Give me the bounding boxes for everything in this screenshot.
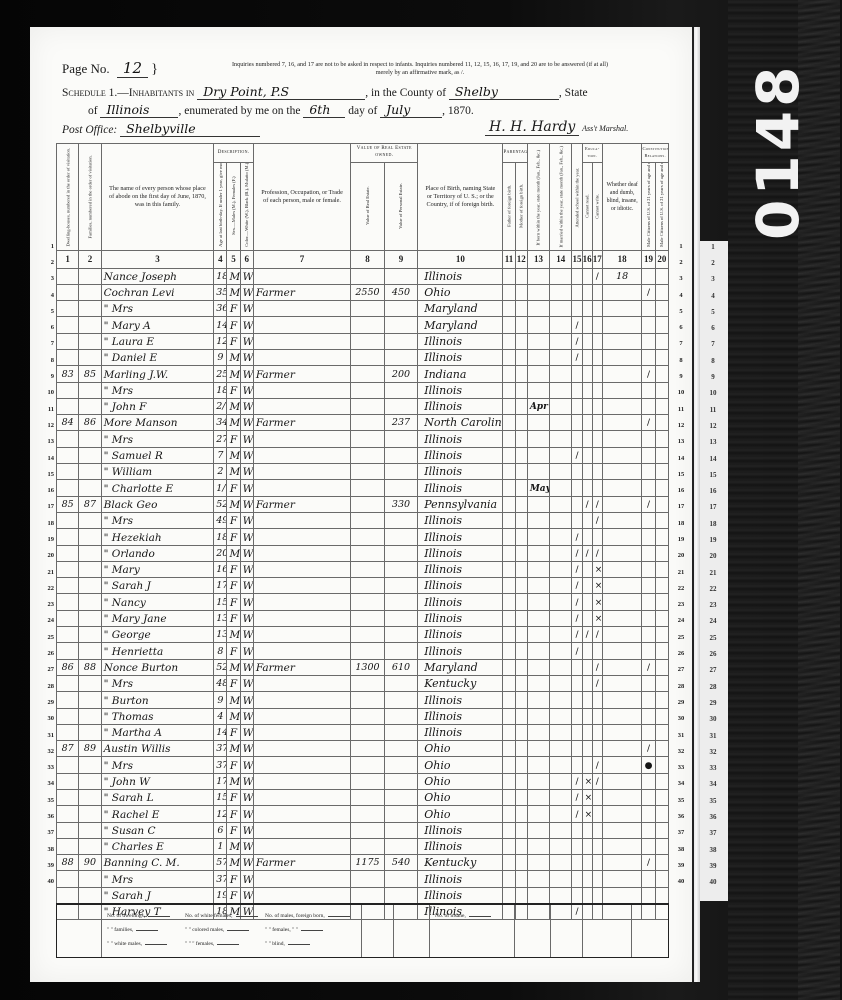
cannot-read-cell bbox=[582, 284, 592, 300]
born-month-cell bbox=[527, 708, 549, 724]
mother-foreign-cell bbox=[515, 887, 527, 903]
sex-cell: F bbox=[227, 512, 240, 528]
born-month-cell bbox=[527, 659, 549, 675]
row-number-facing: 26 bbox=[702, 650, 724, 658]
row-number-facing: 25 bbox=[702, 634, 724, 642]
sex-cell: M bbox=[227, 464, 240, 480]
dwelling-number-cell bbox=[57, 643, 79, 659]
family-number-cell bbox=[79, 349, 101, 365]
mother-foreign-cell bbox=[515, 382, 527, 398]
dwelling-number-cell bbox=[57, 464, 79, 480]
male-citizen-cell bbox=[642, 382, 655, 398]
cannot-read-cell bbox=[582, 610, 592, 626]
sex-cell: F bbox=[227, 594, 240, 610]
occupation-cell bbox=[253, 838, 350, 854]
born-month-cell bbox=[527, 529, 549, 545]
family-number-cell bbox=[79, 480, 101, 496]
summary-colored-females-label: " " " females, bbox=[185, 941, 214, 947]
birthplace-cell: Illinois bbox=[418, 561, 503, 577]
birthplace-cell: Maryland bbox=[418, 317, 503, 333]
cannot-write-cell: / bbox=[592, 675, 602, 691]
col-header-married-month: If married within the year, state month … bbox=[550, 144, 572, 251]
born-month-cell bbox=[527, 594, 549, 610]
dwelling-number-cell bbox=[57, 317, 79, 333]
birthplace-cell: Illinois bbox=[418, 398, 503, 414]
father-foreign-cell bbox=[503, 561, 515, 577]
row-number-left: 24 bbox=[40, 617, 54, 624]
family-number-cell: 88 bbox=[79, 659, 101, 675]
row-number-facing: 33 bbox=[702, 764, 724, 772]
row-number-right: 6 bbox=[674, 324, 688, 331]
vote-denied-cell bbox=[655, 773, 668, 789]
row-number-right: 18 bbox=[674, 520, 688, 527]
personal-estate-value-cell bbox=[384, 838, 417, 854]
col-header-vote-denied: Male Citizens of U.S. of 21 years of age… bbox=[655, 162, 668, 250]
attended-school-cell: / bbox=[572, 806, 582, 822]
real-estate-value-cell bbox=[351, 529, 384, 545]
occupation-cell: Farmer bbox=[253, 284, 350, 300]
married-month-cell bbox=[550, 398, 572, 414]
cannot-write-cell bbox=[592, 822, 602, 838]
row-number-facing: 39 bbox=[702, 862, 724, 870]
col-number: 19 bbox=[642, 250, 655, 268]
cannot-write-cell: / bbox=[592, 512, 602, 528]
row-number-facing: 30 bbox=[702, 715, 724, 723]
vote-denied-cell bbox=[655, 806, 668, 822]
vote-denied-cell bbox=[655, 822, 668, 838]
row-number-right: 16 bbox=[674, 487, 688, 494]
dwelling-number-cell bbox=[57, 301, 79, 317]
dwelling-number-cell bbox=[57, 757, 79, 773]
row-number-facing: 29 bbox=[702, 699, 724, 707]
father-foreign-cell bbox=[503, 627, 515, 643]
family-number-cell bbox=[79, 594, 101, 610]
male-citizen-cell bbox=[642, 447, 655, 463]
row-number-left: 33 bbox=[40, 764, 54, 771]
census-row: " Mrs18FWIllinois bbox=[57, 382, 669, 398]
col-header-real-estate: Value of Real Estate. bbox=[351, 162, 384, 250]
real-estate-value-cell bbox=[351, 398, 384, 414]
occupation-cell bbox=[253, 301, 350, 317]
census-row: " Orlando20MWIllinois/// bbox=[57, 545, 669, 561]
census-row: " William2MWIllinois bbox=[57, 464, 669, 480]
cannot-read-cell: × bbox=[582, 790, 592, 806]
row-number-facing: 18 bbox=[702, 520, 724, 528]
father-foreign-cell bbox=[503, 659, 515, 675]
col-number: 2 bbox=[79, 250, 101, 268]
col-header-age: Age at last birth-day. If under 1 year, … bbox=[214, 162, 227, 250]
mother-foreign-cell bbox=[515, 838, 527, 854]
cannot-read-cell bbox=[582, 659, 592, 675]
occupation-cell bbox=[253, 724, 350, 740]
married-month-cell bbox=[550, 366, 572, 382]
dwelling-number-cell: 88 bbox=[57, 855, 79, 871]
age-cell: 19 bbox=[214, 887, 227, 903]
male-citizen-cell bbox=[642, 333, 655, 349]
mother-foreign-cell bbox=[515, 659, 527, 675]
personal-estate-value-cell bbox=[384, 545, 417, 561]
father-foreign-cell bbox=[503, 447, 515, 463]
occupation-cell bbox=[253, 627, 350, 643]
born-month-cell bbox=[527, 757, 549, 773]
vote-denied-cell bbox=[655, 480, 668, 496]
row-number-facing: 23 bbox=[702, 601, 724, 609]
person-name-cell: Cochran Levi bbox=[101, 284, 214, 300]
color-cell: W bbox=[240, 790, 253, 806]
born-month-cell bbox=[527, 301, 549, 317]
disability-cell bbox=[602, 398, 642, 414]
disability-cell bbox=[602, 447, 642, 463]
personal-estate-value-cell bbox=[384, 822, 417, 838]
instructions: Inquiries numbered 7, 16, and 17 are not… bbox=[165, 61, 675, 77]
attended-school-cell: / bbox=[572, 773, 582, 789]
census-row: " Daniel E9MWIllinois/ bbox=[57, 349, 669, 365]
vote-denied-cell bbox=[655, 578, 668, 594]
real-estate-value-cell bbox=[351, 871, 384, 887]
sex-cell: M bbox=[227, 545, 240, 561]
male-citizen-cell bbox=[642, 724, 655, 740]
attended-school-cell bbox=[572, 431, 582, 447]
born-month-cell bbox=[527, 464, 549, 480]
census-row: " Nancy15FWIllinois/× bbox=[57, 594, 669, 610]
row-number-facing: 17 bbox=[702, 503, 724, 511]
real-estate-value-cell bbox=[351, 333, 384, 349]
person-name-cell: Banning C. M. bbox=[101, 855, 214, 871]
row-number-left: 26 bbox=[40, 650, 54, 657]
cannot-read-cell bbox=[582, 643, 592, 659]
row-number-left: 35 bbox=[40, 797, 54, 804]
person-name-cell: " Burton bbox=[101, 692, 214, 708]
mother-foreign-cell bbox=[515, 871, 527, 887]
attended-school-cell: / bbox=[572, 529, 582, 545]
color-cell: W bbox=[240, 268, 253, 284]
family-number-cell bbox=[79, 887, 101, 903]
father-foreign-cell bbox=[503, 301, 515, 317]
attended-school-cell bbox=[572, 301, 582, 317]
summary-foreign-males-label: No. of males, foreign born, bbox=[265, 913, 325, 919]
row-number-right: 22 bbox=[674, 585, 688, 592]
post-office-line: Post Office: Shelbyville bbox=[62, 121, 260, 137]
attended-school-cell bbox=[572, 496, 582, 512]
row-number-facing: 2 bbox=[702, 259, 724, 267]
row-number-right: 9 bbox=[674, 373, 688, 380]
sex-cell: M bbox=[227, 268, 240, 284]
vote-denied-cell bbox=[655, 724, 668, 740]
dwelling-number-cell bbox=[57, 431, 79, 447]
color-cell: W bbox=[240, 431, 253, 447]
family-number-cell bbox=[79, 806, 101, 822]
married-month-cell bbox=[550, 317, 572, 333]
cannot-write-cell bbox=[592, 333, 602, 349]
father-foreign-cell bbox=[503, 757, 515, 773]
mother-foreign-cell bbox=[515, 317, 527, 333]
cannot-read-cell bbox=[582, 887, 592, 903]
attended-school-cell: / bbox=[572, 790, 582, 806]
born-month-cell bbox=[527, 627, 549, 643]
attended-school-cell: / bbox=[572, 594, 582, 610]
row-number-facing: 34 bbox=[702, 780, 724, 788]
row-number-facing: 6 bbox=[702, 324, 724, 332]
male-citizen-cell bbox=[642, 578, 655, 594]
disability-cell bbox=[602, 366, 642, 382]
father-foreign-cell bbox=[503, 773, 515, 789]
cannot-read-cell bbox=[582, 561, 592, 577]
census-row: " Charles E1MWIllinois bbox=[57, 838, 669, 854]
group-header-constitutional: Constitutional Relations. bbox=[642, 144, 669, 163]
real-estate-value-cell: 1175 bbox=[351, 855, 384, 871]
dwelling-number-cell bbox=[57, 773, 79, 789]
vote-denied-cell bbox=[655, 333, 668, 349]
dwelling-number-cell bbox=[57, 382, 79, 398]
personal-estate-value-cell bbox=[384, 464, 417, 480]
attended-school-cell: / bbox=[572, 643, 582, 659]
married-month-cell bbox=[550, 806, 572, 822]
father-foreign-cell bbox=[503, 578, 515, 594]
cannot-read-cell: / bbox=[582, 545, 592, 561]
color-cell: W bbox=[240, 594, 253, 610]
attended-school-cell bbox=[572, 464, 582, 480]
sex-cell: M bbox=[227, 349, 240, 365]
col-number: 18 bbox=[602, 250, 642, 268]
dwelling-number-cell bbox=[57, 578, 79, 594]
cannot-write-cell bbox=[592, 790, 602, 806]
sex-cell: F bbox=[227, 382, 240, 398]
birthplace-cell: Maryland bbox=[418, 301, 503, 317]
cannot-read-cell bbox=[582, 480, 592, 496]
male-citizen-cell bbox=[642, 268, 655, 284]
born-month-cell bbox=[527, 887, 549, 903]
person-name-cell: " Rachel E bbox=[101, 806, 214, 822]
sex-cell: F bbox=[227, 757, 240, 773]
col-number: 12 bbox=[515, 250, 527, 268]
cannot-write-cell bbox=[592, 838, 602, 854]
dwelling-number-cell bbox=[57, 838, 79, 854]
real-estate-value-cell bbox=[351, 366, 384, 382]
row-number-left: 2 bbox=[40, 259, 54, 266]
father-foreign-cell bbox=[503, 806, 515, 822]
father-foreign-cell bbox=[503, 855, 515, 871]
birthplace-cell: Illinois bbox=[418, 887, 503, 903]
attended-school-cell bbox=[572, 415, 582, 431]
row-number-right: 10 bbox=[674, 389, 688, 396]
row-number-right: 19 bbox=[674, 536, 688, 543]
family-number-cell: 87 bbox=[79, 496, 101, 512]
real-estate-value-cell bbox=[351, 822, 384, 838]
color-cell: W bbox=[240, 496, 253, 512]
color-cell: W bbox=[240, 447, 253, 463]
cannot-read-cell bbox=[582, 724, 592, 740]
attended-school-cell bbox=[572, 822, 582, 838]
census-row: " Martha A14FWIllinois bbox=[57, 724, 669, 740]
disability-cell bbox=[602, 692, 642, 708]
census-row: " Mrs37FWOhio/● bbox=[57, 757, 669, 773]
disability-cell bbox=[602, 464, 642, 480]
census-rows: Nance Joseph18MWIllinois/18Cochran Levi3… bbox=[57, 268, 669, 920]
row-number-facing: 31 bbox=[702, 732, 724, 740]
born-month-cell: May bbox=[527, 480, 549, 496]
color-cell: W bbox=[240, 561, 253, 577]
row-number-right: 33 bbox=[674, 764, 688, 771]
family-number-cell bbox=[79, 268, 101, 284]
born-month-cell bbox=[527, 496, 549, 512]
occupation-cell bbox=[253, 708, 350, 724]
summary-colored-males-label: " " colored males, bbox=[185, 927, 224, 933]
mother-foreign-cell bbox=[515, 594, 527, 610]
personal-estate-value-cell bbox=[384, 692, 417, 708]
real-estate-value-cell bbox=[351, 268, 384, 284]
birthplace-cell: Illinois bbox=[418, 838, 503, 854]
cannot-read-cell bbox=[582, 871, 592, 887]
census-row: " Susan C6FWIllinois bbox=[57, 822, 669, 838]
census-table: Dwelling-houses, numbered in the order o… bbox=[56, 143, 669, 920]
row-number-facing: 3 bbox=[702, 275, 724, 283]
census-row: " Sarah J17FWIllinois/× bbox=[57, 578, 669, 594]
disability-cell bbox=[602, 333, 642, 349]
col-number: 3 bbox=[101, 250, 214, 268]
disability-cell bbox=[602, 594, 642, 610]
married-month-cell bbox=[550, 301, 572, 317]
male-citizen-cell bbox=[642, 871, 655, 887]
family-number-cell bbox=[79, 317, 101, 333]
birthplace-cell: Illinois bbox=[418, 447, 503, 463]
census-row: " Charlotte E1/12FWIllinoisMay bbox=[57, 480, 669, 496]
family-number-cell: 86 bbox=[79, 415, 101, 431]
male-citizen-cell bbox=[642, 480, 655, 496]
born-month-cell bbox=[527, 838, 549, 854]
family-number-cell bbox=[79, 757, 101, 773]
real-estate-value-cell bbox=[351, 790, 384, 806]
census-row: " John W17MWOhio/×/ bbox=[57, 773, 669, 789]
person-name-cell: " Mary bbox=[101, 561, 214, 577]
real-estate-value-cell: 2550 bbox=[351, 284, 384, 300]
age-cell: 9 bbox=[214, 349, 227, 365]
row-number-left: 1 bbox=[40, 243, 54, 250]
mother-foreign-cell bbox=[515, 741, 527, 757]
father-foreign-cell bbox=[503, 708, 515, 724]
row-number-facing: 7 bbox=[702, 340, 724, 348]
mother-foreign-cell bbox=[515, 643, 527, 659]
disability-cell bbox=[602, 855, 642, 871]
color-cell: W bbox=[240, 610, 253, 626]
color-cell: W bbox=[240, 692, 253, 708]
personal-estate-value-cell bbox=[384, 317, 417, 333]
col-header-occupation: Profession, Occupation, or Trade of each… bbox=[253, 144, 350, 251]
row-number-left: 11 bbox=[40, 406, 54, 413]
father-foreign-cell bbox=[503, 822, 515, 838]
row-number-right: 38 bbox=[674, 846, 688, 853]
color-cell: W bbox=[240, 806, 253, 822]
dwelling-number-cell: 84 bbox=[57, 415, 79, 431]
person-name-cell: " Sarah J bbox=[101, 578, 214, 594]
birthplace-cell: Illinois bbox=[418, 692, 503, 708]
cannot-write-cell bbox=[592, 398, 602, 414]
cannot-read-cell bbox=[582, 529, 592, 545]
real-estate-value-cell bbox=[351, 887, 384, 903]
occupation-cell bbox=[253, 545, 350, 561]
cannot-read-cell bbox=[582, 594, 592, 610]
census-row: " Henrietta8FWIllinois/ bbox=[57, 643, 669, 659]
row-number-right: 37 bbox=[674, 829, 688, 836]
census-row: " Mrs49FWIllinois/ bbox=[57, 512, 669, 528]
real-estate-value-cell bbox=[351, 675, 384, 691]
sex-cell: F bbox=[227, 806, 240, 822]
sex-cell: M bbox=[227, 284, 240, 300]
row-number-facing: 40 bbox=[702, 878, 724, 886]
row-number-left: 9 bbox=[40, 373, 54, 380]
occupation-cell bbox=[253, 268, 350, 284]
age-cell: 6 bbox=[214, 822, 227, 838]
married-month-cell bbox=[550, 333, 572, 349]
birthplace-cell: Illinois bbox=[418, 643, 503, 659]
cannot-write-cell: × bbox=[592, 594, 602, 610]
sex-cell: F bbox=[227, 822, 240, 838]
personal-estate-value-cell bbox=[384, 561, 417, 577]
real-estate-value-cell bbox=[351, 317, 384, 333]
married-month-cell bbox=[550, 659, 572, 675]
row-number-right: 28 bbox=[674, 683, 688, 690]
row-number-left: 31 bbox=[40, 732, 54, 739]
family-number-cell bbox=[79, 578, 101, 594]
family-number-cell bbox=[79, 561, 101, 577]
age-cell: 8 bbox=[214, 643, 227, 659]
attended-school-cell bbox=[572, 268, 582, 284]
married-month-cell bbox=[550, 790, 572, 806]
marshal-title: Ass't Marshal. bbox=[582, 124, 628, 133]
occupation-cell bbox=[253, 333, 350, 349]
row-number-left: 38 bbox=[40, 846, 54, 853]
color-cell: W bbox=[240, 643, 253, 659]
dwelling-number-cell bbox=[57, 284, 79, 300]
col-number: 7 bbox=[253, 250, 350, 268]
born-month-cell bbox=[527, 333, 549, 349]
cannot-write-cell: / bbox=[592, 268, 602, 284]
row-number-right: 17 bbox=[674, 503, 688, 510]
disability-cell bbox=[602, 610, 642, 626]
male-citizen-cell bbox=[642, 561, 655, 577]
cannot-read-cell bbox=[582, 578, 592, 594]
mother-foreign-cell bbox=[515, 724, 527, 740]
father-foreign-cell bbox=[503, 366, 515, 382]
sex-cell: M bbox=[227, 708, 240, 724]
dwelling-number-cell bbox=[57, 708, 79, 724]
born-month-cell bbox=[527, 317, 549, 333]
family-number-cell bbox=[79, 447, 101, 463]
person-name-cell: " Martha A bbox=[101, 724, 214, 740]
row-number-right: 31 bbox=[674, 732, 688, 739]
father-foreign-cell bbox=[503, 610, 515, 626]
cannot-write-cell bbox=[592, 447, 602, 463]
census-row: Cochran Levi35MWFarmer2550450Ohio/ bbox=[57, 284, 669, 300]
mother-foreign-cell bbox=[515, 675, 527, 691]
personal-estate-value-cell bbox=[384, 398, 417, 414]
color-cell: W bbox=[240, 382, 253, 398]
occupation-cell bbox=[253, 675, 350, 691]
vote-denied-cell bbox=[655, 447, 668, 463]
vote-denied-cell bbox=[655, 838, 668, 854]
birthplace-cell: Illinois bbox=[418, 822, 503, 838]
column-number-row: 1 2 3 4 5 6 7 8 9 10 11 12 13 14 15 16 1… bbox=[57, 250, 669, 268]
age-cell: 57 bbox=[214, 855, 227, 871]
father-foreign-cell bbox=[503, 529, 515, 545]
sex-cell: F bbox=[227, 301, 240, 317]
vote-denied-cell bbox=[655, 561, 668, 577]
census-row: " Sarah L15FWOhio/× bbox=[57, 790, 669, 806]
male-citizen-cell bbox=[642, 806, 655, 822]
birthplace-cell: Illinois bbox=[418, 529, 503, 545]
person-name-cell: " Charlotte E bbox=[101, 480, 214, 496]
personal-estate-value-cell bbox=[384, 741, 417, 757]
birthplace-cell: Indiana bbox=[418, 366, 503, 382]
